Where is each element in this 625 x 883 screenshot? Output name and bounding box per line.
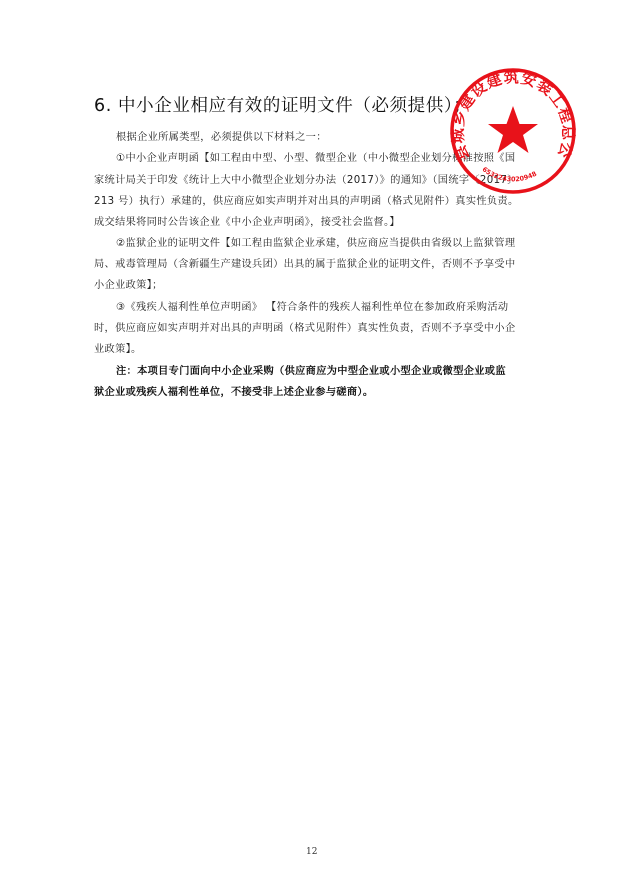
item2-line: ②监狱企业的证明文件【如工程由监狱企业承建，供应商应当提供由省级以上监狱管理 <box>116 234 515 249</box>
document-page: 6. 中小企业相应有效的证明文件（必须提供）； 根据企业所属类型，必须提供以下材… <box>0 0 625 883</box>
item2-line: 小企业政策】； <box>94 276 163 291</box>
intro-text: 根据企业所属类型，必须提供以下材料之一： <box>116 128 327 143</box>
item3-line: 时，供应商应如实声明并对出具的声明函（格式见附件）真实性负责，否则不予享受中小企 <box>94 319 516 334</box>
note-line: 注：本项目专门面向中小企业采购（供应商应为中型企业或小型企业或微型企业或监 <box>116 362 506 377</box>
item3-line: ③《残疾人福利性单位声明函》 【符合条件的残疾人福利性单位在参加政府采购活动 <box>116 298 508 313</box>
svg-text:6532243020948: 6532243020948 <box>481 165 539 183</box>
page-number: 12 <box>306 847 317 857</box>
item2-line: 局、戒毒管理局（含新疆生产建设兵团）出具的属于监狱企业的证明文件，否则不予享受中 <box>94 255 516 270</box>
item1-line: 成交结果将同时公告该企业《中小企业声明函》，接受社会监督。】 <box>94 213 400 228</box>
section-heading: 6. 中小企业相应有效的证明文件（必须提供）； <box>94 92 471 117</box>
company-seal-icon: 县城乡建设建筑安装工程总公司 6532243020948 <box>448 66 578 196</box>
note-line: 狱企业或残疾人福利性单位，不接受非上述企业参与磋商）。 <box>94 383 373 398</box>
item3-line: 业政策】。 <box>94 340 142 355</box>
star-icon <box>488 106 538 153</box>
seal-number: 6532243020948 <box>481 165 539 183</box>
